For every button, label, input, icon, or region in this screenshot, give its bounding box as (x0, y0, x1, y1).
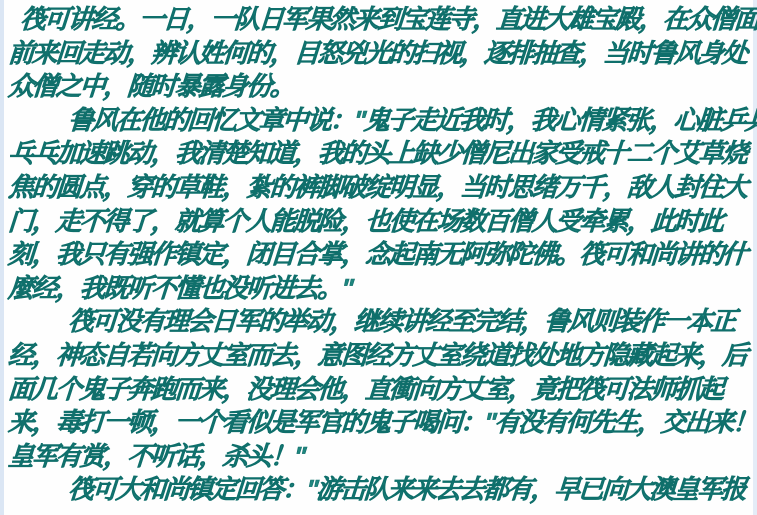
text-line: 众僧之中，随时暴露身份。 (7, 70, 751, 104)
text-line: 筏可讲经。一日，一队日军果然来到宝莲寺，直进大雄宝殿，在众僧面 (7, 3, 751, 37)
text-line: 焦的圆点，穿的草鞋，紮的裤脚破绽明显，当时思绪万千，敌人封住大 (7, 171, 751, 205)
text-line: 来，毒打一顿，一个看似是军官的鬼子喝问："有没有何先生，交出来！ (7, 406, 751, 440)
text-line: 鲁风在他的回忆文章中说："鬼子走近我时，我心情紧张，心脏乒乒 (7, 104, 751, 138)
text-line: 筏可大和尚镇定回答："游击队来来去去都有，早已向大澳皇军报 (7, 473, 751, 507)
text-line: 前来回走动，辨认姓何的，目怒兇光的扫视，逐排抽查，当时鲁风身处 (7, 37, 751, 71)
article-text: 筏可讲经。一日，一队日军果然来到宝莲寺，直进大雄宝殿，在众僧面 前来回走动，辨认… (7, 3, 749, 507)
page-edge-right (753, 0, 757, 515)
page-edge-left (0, 0, 4, 515)
text-line: 乓乓加速跳动，我清楚知道，我的头上缺少僧尼出家受戒十二个艾草烧 (7, 137, 751, 171)
text-line: 筏可没有理会日军的举动，继续讲经至完结，鲁风则装作一本正 (7, 305, 751, 339)
text-line: 门，走不得了，就算个人能脱险，也使在场数百僧人受牵累，此时此 (7, 205, 751, 239)
text-line: 经，神态自若向方丈室而去，意图经方丈室绕道找处地方隐藏起来，后 (7, 339, 751, 373)
text-line: 麼经，我既听不懂也没听进去。" (7, 272, 751, 306)
text-line: 刻，我只有强作镇定，闭目合掌，念起南无阿弥陀佛。筏可和尚讲的什 (7, 238, 751, 272)
text-line: 面几个鬼子奔跑而来，没理会他，直衝向方丈室，竟把筏可法师抓起 (7, 373, 751, 407)
page: 筏可讲经。一日，一队日军果然来到宝莲寺，直进大雄宝殿，在众僧面 前来回走动，辨认… (0, 0, 757, 515)
text-line: 皇军有赏，不听话，杀头！" (7, 440, 751, 474)
